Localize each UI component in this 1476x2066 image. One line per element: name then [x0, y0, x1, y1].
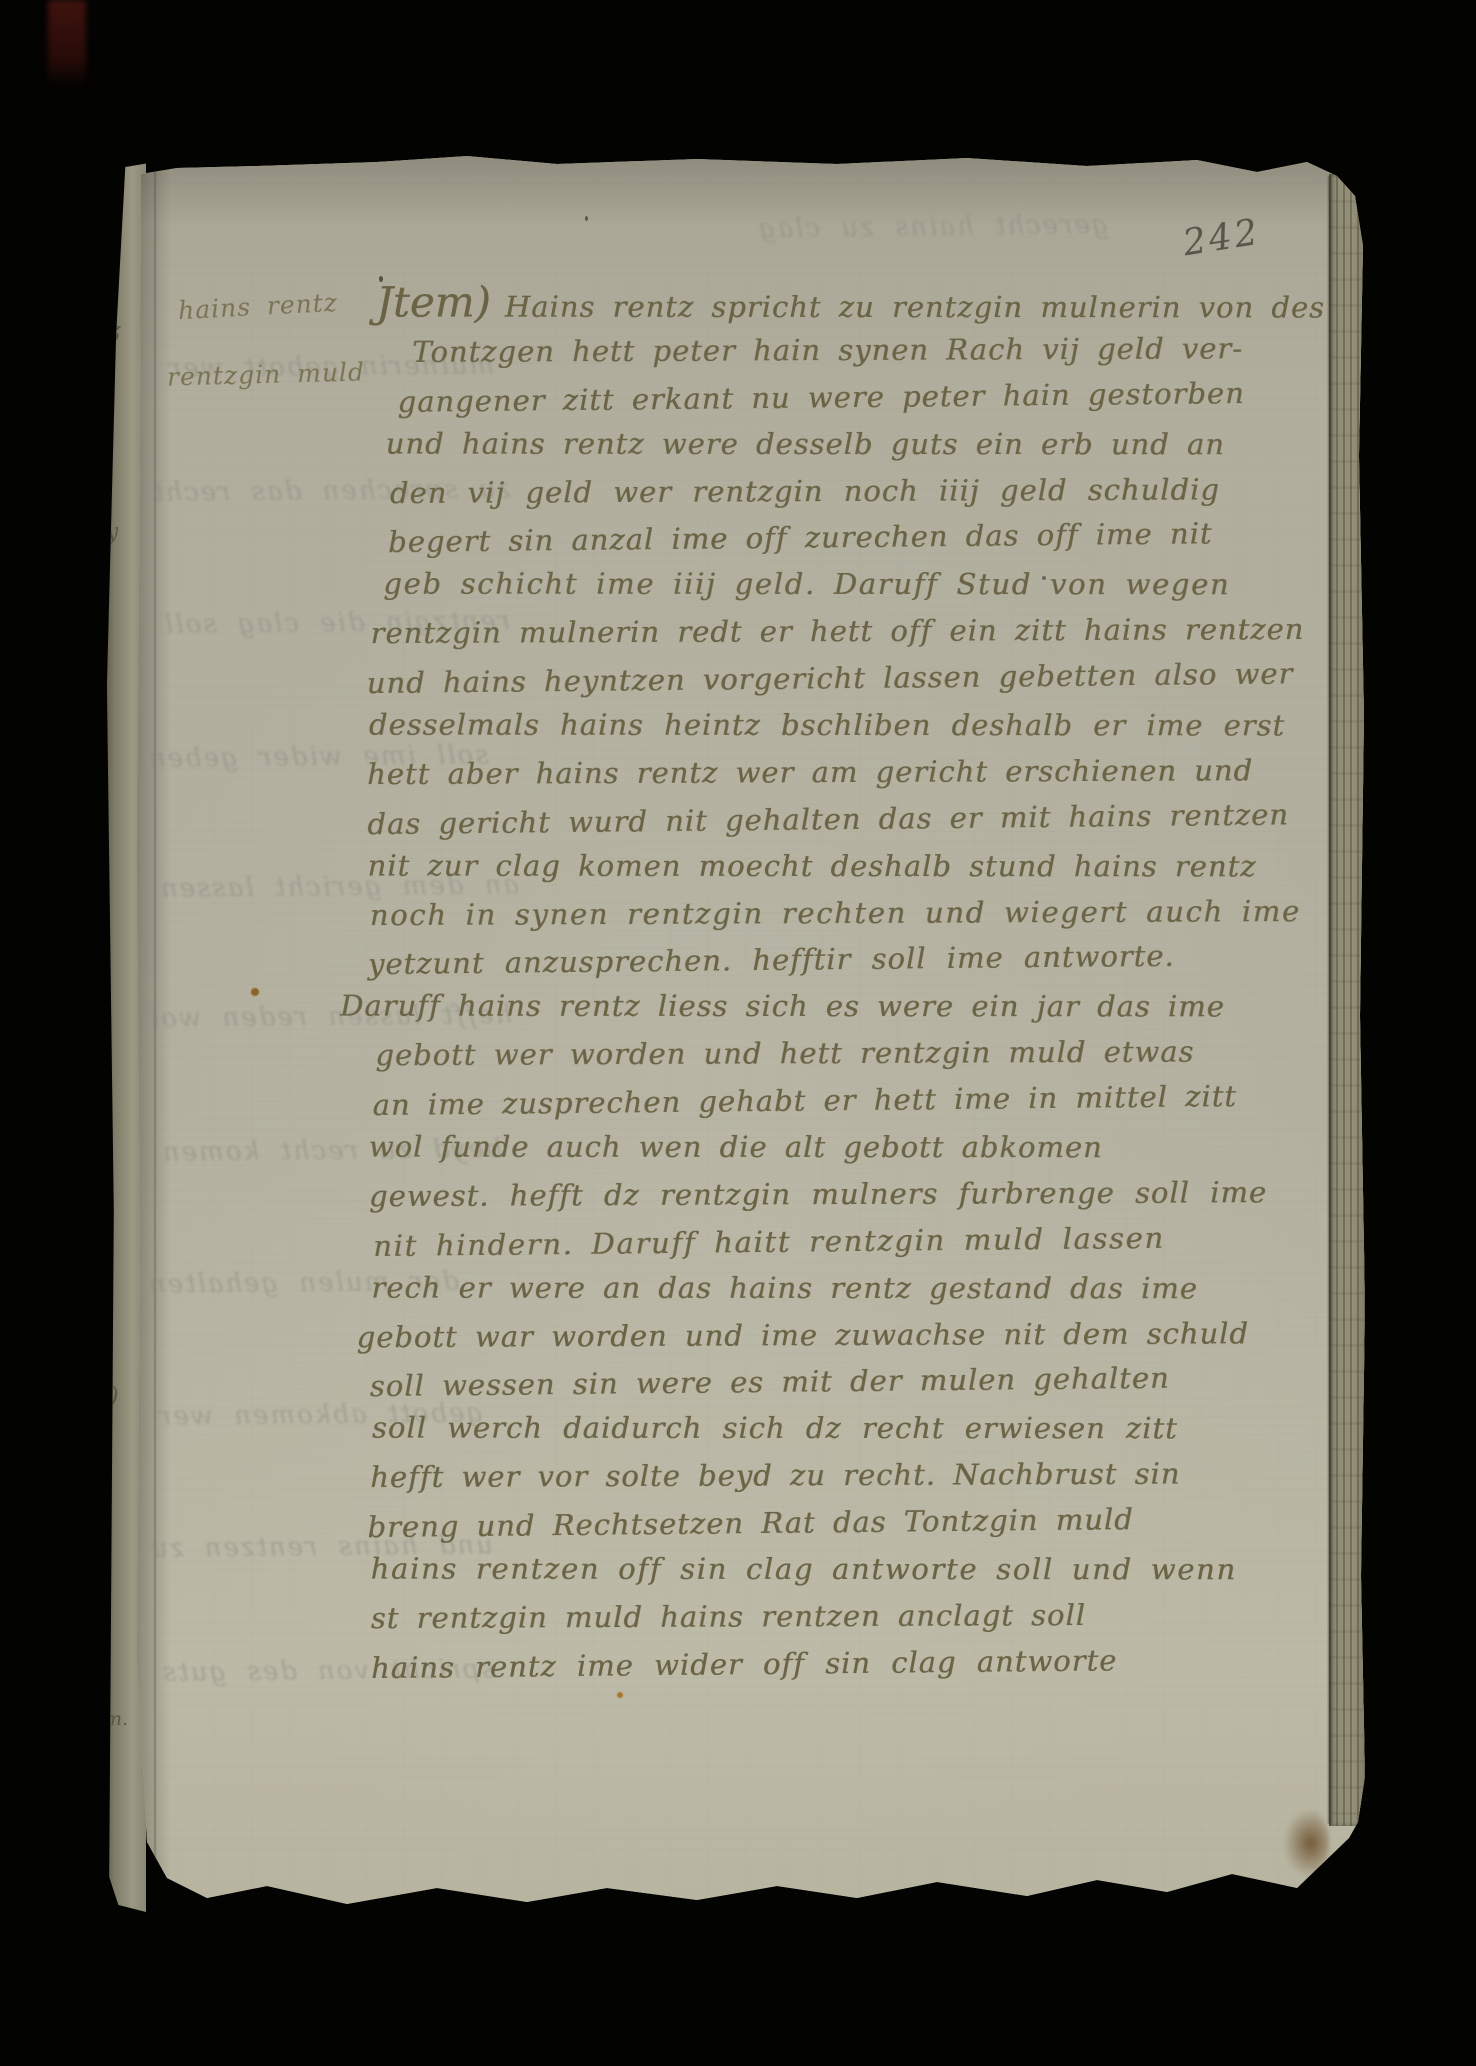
- corner-stain: [1283, 1808, 1329, 1878]
- manuscript-line: und hains rentz were desselb guts ein er…: [386, 420, 1343, 468]
- rust-speck: [251, 988, 259, 996]
- manuscript-line: das gericht wurd nit gehalten das er mit…: [367, 791, 1344, 848]
- margin-note-line-1: hains rentz: [177, 288, 338, 325]
- manuscript-line: gewest. hefft dz rentzgin mulners furbre…: [369, 1169, 1346, 1220]
- prev-page-ink-mark: y: [105, 519, 120, 545]
- ink-speck: [1042, 576, 1046, 580]
- manuscript-line: yetzunt anzusprechen. hefftir soll ime a…: [368, 931, 1345, 988]
- manuscript-line: begert sin anzal ime off zurechen das of…: [388, 509, 1343, 566]
- manuscript-line: rech er were an das hains rentz gestand …: [371, 1264, 1346, 1312]
- manuscript-line: hett aber hains rentz wer am gericht ers…: [367, 747, 1344, 798]
- manuscript-line: gebott wer worden und hett rentzgin muld…: [375, 1028, 1345, 1079]
- top-edge-shadow: [137, 156, 1369, 226]
- manuscript-line: breng und Rechtsetzen Rat das Tontzgin m…: [367, 1494, 1347, 1551]
- manuscript-line: hains rentzen off sin clag antworte soll…: [371, 1546, 1348, 1594]
- orange-speck: [617, 1692, 623, 1698]
- ink-speck: [585, 216, 588, 221]
- margin-note-line-2: rentzgin muld: [167, 357, 366, 391]
- manuscript-line: und hains heyntzen vorgericht lassen geb…: [366, 650, 1343, 707]
- manuscript-line: Daruff hains rentz liess sich es were ei…: [340, 983, 1345, 1031]
- manuscript-line: rentzgin mulnerin redt er hett off ein z…: [370, 606, 1343, 657]
- manuscript-page: gerecht hains zu clag mulnerin gebott we…: [137, 156, 1369, 1916]
- fore-edge-crease: [1328, 176, 1331, 1824]
- ink-speck: [379, 276, 383, 282]
- main-text-block: Jtem)Hains rentz spricht zu rentzgin mul…: [362, 278, 1348, 1689]
- manuscript-photo: ʒ y ) m. gerecht hains zu clag mulnerin …: [0, 0, 1476, 2066]
- item-flourish: Jtem): [376, 278, 491, 327]
- manuscript-line: desselmals hains heintz bschliben deshal…: [369, 702, 1344, 750]
- manuscript-line: gebott war worden und ime zuwachse nit d…: [356, 1309, 1346, 1360]
- manuscript-line: an ime zusprechen gehabt er hett ime in …: [372, 1072, 1345, 1129]
- prev-page-ink-mark: ʒ: [106, 317, 122, 343]
- manuscript-line: gangener zitt erkant nu were peter hain …: [397, 369, 1342, 426]
- manuscript-line: nit hindern. Daruff haitt rentzgin muld …: [373, 1213, 1346, 1270]
- manuscript-line: nit zur clag komen moecht deshalb stund …: [367, 842, 1344, 890]
- manuscript-line: hains rentz ime wider off sin clag antwo…: [371, 1635, 1348, 1692]
- prev-page-ink-mark: ): [110, 1384, 119, 1409]
- gutter-crease: [154, 162, 156, 1904]
- manuscript-line: hefft wer vor solte beyd zu recht. Nachb…: [370, 1450, 1347, 1501]
- manuscript-line: Tontzgen hett peter hain synen Rach vij …: [412, 325, 1342, 376]
- manuscript-line: Jtem)Hains rentz spricht zu rentzgin mul…: [376, 280, 1342, 328]
- page-stack-fore-edge: [1329, 174, 1369, 1826]
- manuscript-line: soll werch daidurch sich dz recht erwies…: [372, 1405, 1347, 1453]
- prev-page-ink-mark: m.: [104, 1708, 128, 1730]
- binding-smudge: [48, 0, 86, 86]
- manuscript-line: wol funde auch wen die alt gebott abkome…: [369, 1124, 1346, 1172]
- manuscript-line: den vij geld wer rentzgin noch iiij geld…: [390, 465, 1343, 516]
- manuscript-line: soll wessen sin were es mit der mulen ge…: [370, 1353, 1347, 1410]
- manuscript-line: noch in synen rentzgin rechten und wiege…: [370, 887, 1345, 938]
- manuscript-line: geb schicht ime iiij geld. Daruff Stud v…: [383, 561, 1343, 609]
- manuscript-line: st rentzgin muld hains rentzen anclagt s…: [371, 1591, 1348, 1642]
